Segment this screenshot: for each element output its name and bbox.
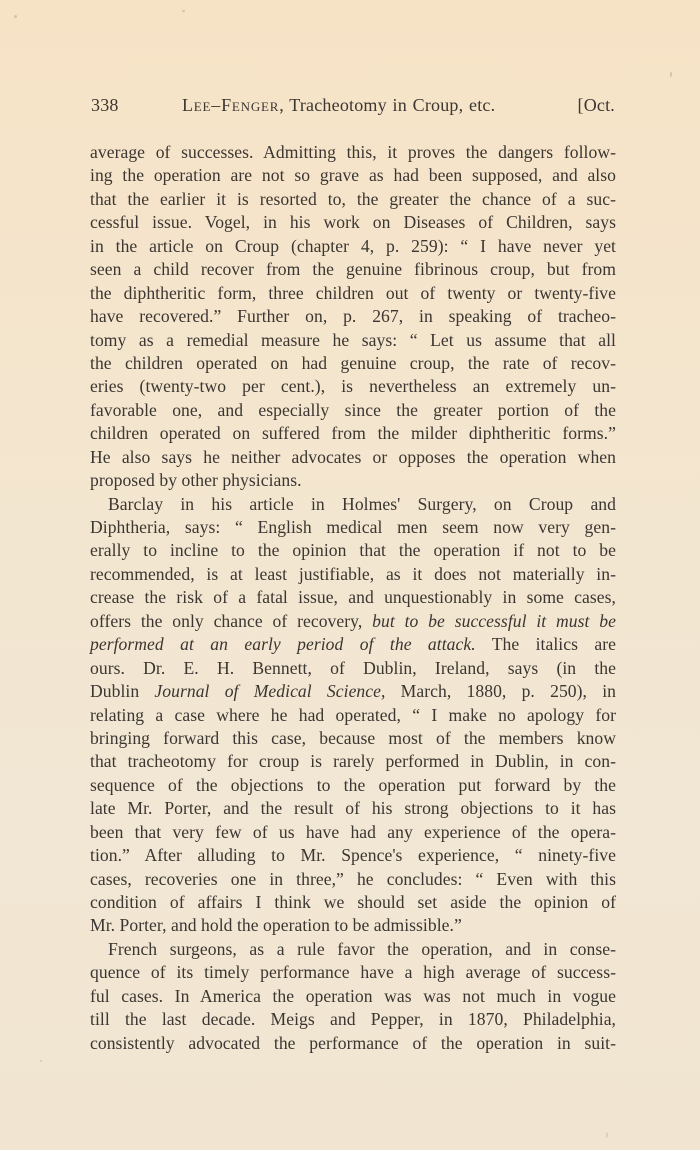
text-line: eries (twenty-two per cent.), is neverth…	[90, 375, 616, 398]
text-line: cessful issue. Vogel, in his work on Dis…	[90, 211, 616, 234]
text-line: quence of its timely performance have a …	[90, 961, 616, 984]
text-line: cases, recoveries one in three,” he conc…	[90, 868, 616, 891]
text-line: crease the risk of a fatal issue, and un…	[90, 586, 616, 609]
text-line: Dublin Journal of Medical Science, March…	[90, 680, 616, 703]
text-line: erally to incline to the opinion that th…	[90, 539, 616, 562]
running-head: 338 Lee–Fenger, Tracheotomy in Croup, et…	[90, 93, 615, 117]
body-text: average of successes. Admitting this, it…	[90, 141, 616, 1055]
text-line: favorable one, and especially since the …	[90, 399, 616, 422]
text-line: children operated on suffered from the m…	[90, 422, 616, 445]
text-line: that the earlier it is resorted to, the …	[90, 188, 616, 211]
text-line: ful cases. In America the operation was …	[90, 985, 616, 1008]
text-line: have recovered.” Further on, p. 267, in …	[90, 305, 616, 328]
text-line: tion.” After alluding to Mr. Spence's ex…	[90, 844, 616, 867]
text-line: recommended, is at least justifiable, as…	[90, 563, 616, 586]
text-line: He also says he neither advocates or opp…	[90, 446, 616, 469]
text-line: average of successes. Admitting this, it…	[90, 141, 616, 164]
text-line: proposed by other physicians.	[90, 469, 616, 492]
text-line: been that very few of us have had any ex…	[90, 821, 616, 844]
paper-speck	[606, 1132, 608, 1138]
issue-month: [Oct.	[578, 93, 615, 117]
text-segment: Dublin	[90, 681, 154, 701]
text-line: till the last decade. Meigs and Pepper, …	[90, 1008, 616, 1031]
text-line: the diphtheritic form, three children ou…	[90, 282, 616, 305]
author-names: Lee–Fenger	[182, 95, 279, 115]
italic-segment: but to be successful it must be	[372, 611, 616, 631]
text-line: bringing forward this case, because most…	[90, 727, 616, 750]
text-line: ing the operation are not so grave as ha…	[90, 164, 616, 187]
text-segment: offers the only chance of recovery,	[90, 611, 372, 631]
text-line: consistently advocated the performance o…	[90, 1032, 616, 1055]
page-number: 338	[91, 93, 119, 117]
text-line: condition of affairs I think we should s…	[90, 891, 616, 914]
text-line: late Mr. Porter, and the result of his s…	[90, 797, 616, 820]
text-segment: , March, 1880, p. 250), in	[381, 681, 616, 701]
text-segment: The italics are	[476, 634, 616, 654]
scanned-page: 338 Lee–Fenger, Tracheotomy in Croup, et…	[0, 0, 700, 1150]
text-line: seen a child recover from the genuine fi…	[90, 258, 616, 281]
italic-segment: Journal of Medical Science	[154, 681, 381, 701]
paper-speck	[182, 10, 185, 12]
text-line: ours. Dr. E. H. Bennett, of Dublin, Irel…	[90, 657, 616, 680]
text-line: offers the only chance of recovery, but …	[90, 610, 616, 633]
text-line: the children operated on had genuine cro…	[90, 352, 616, 375]
text-line: Diphtheria, says: “ English medical men …	[90, 516, 616, 539]
text-line: that tracheotomy for croup is rarely per…	[90, 750, 616, 773]
running-title: Lee–Fenger, Tracheotomy in Croup, etc.	[182, 93, 495, 117]
italic-segment: performed at an early period of the atta…	[90, 634, 476, 654]
text-line: French surgeons, as a rule favor the ope…	[90, 938, 616, 961]
article-title: , Tracheotomy in Croup, etc.	[279, 95, 495, 115]
paragraph: French surgeons, as a rule favor the ope…	[90, 938, 616, 1055]
text-line: tomy as a remedial measure he says: “ Le…	[90, 329, 616, 352]
text-line: Mr. Porter, and hold the operation to be…	[90, 914, 616, 937]
text-line: in the article on Croup (chapter 4, p. 2…	[90, 235, 616, 258]
text-line: Barclay in his article in Holmes' Surger…	[90, 493, 616, 516]
paper-speck	[14, 15, 17, 18]
paragraph: Barclay in his article in Holmes' Surger…	[90, 493, 616, 938]
text-line: relating a case where he had operated, “…	[90, 704, 616, 727]
paper-speck	[670, 72, 672, 77]
text-line: performed at an early period of the atta…	[90, 633, 616, 656]
paper-speck	[40, 1060, 42, 1062]
text-line: sequence of the objections to the operat…	[90, 774, 616, 797]
paragraph: average of successes. Admitting this, it…	[90, 141, 616, 493]
